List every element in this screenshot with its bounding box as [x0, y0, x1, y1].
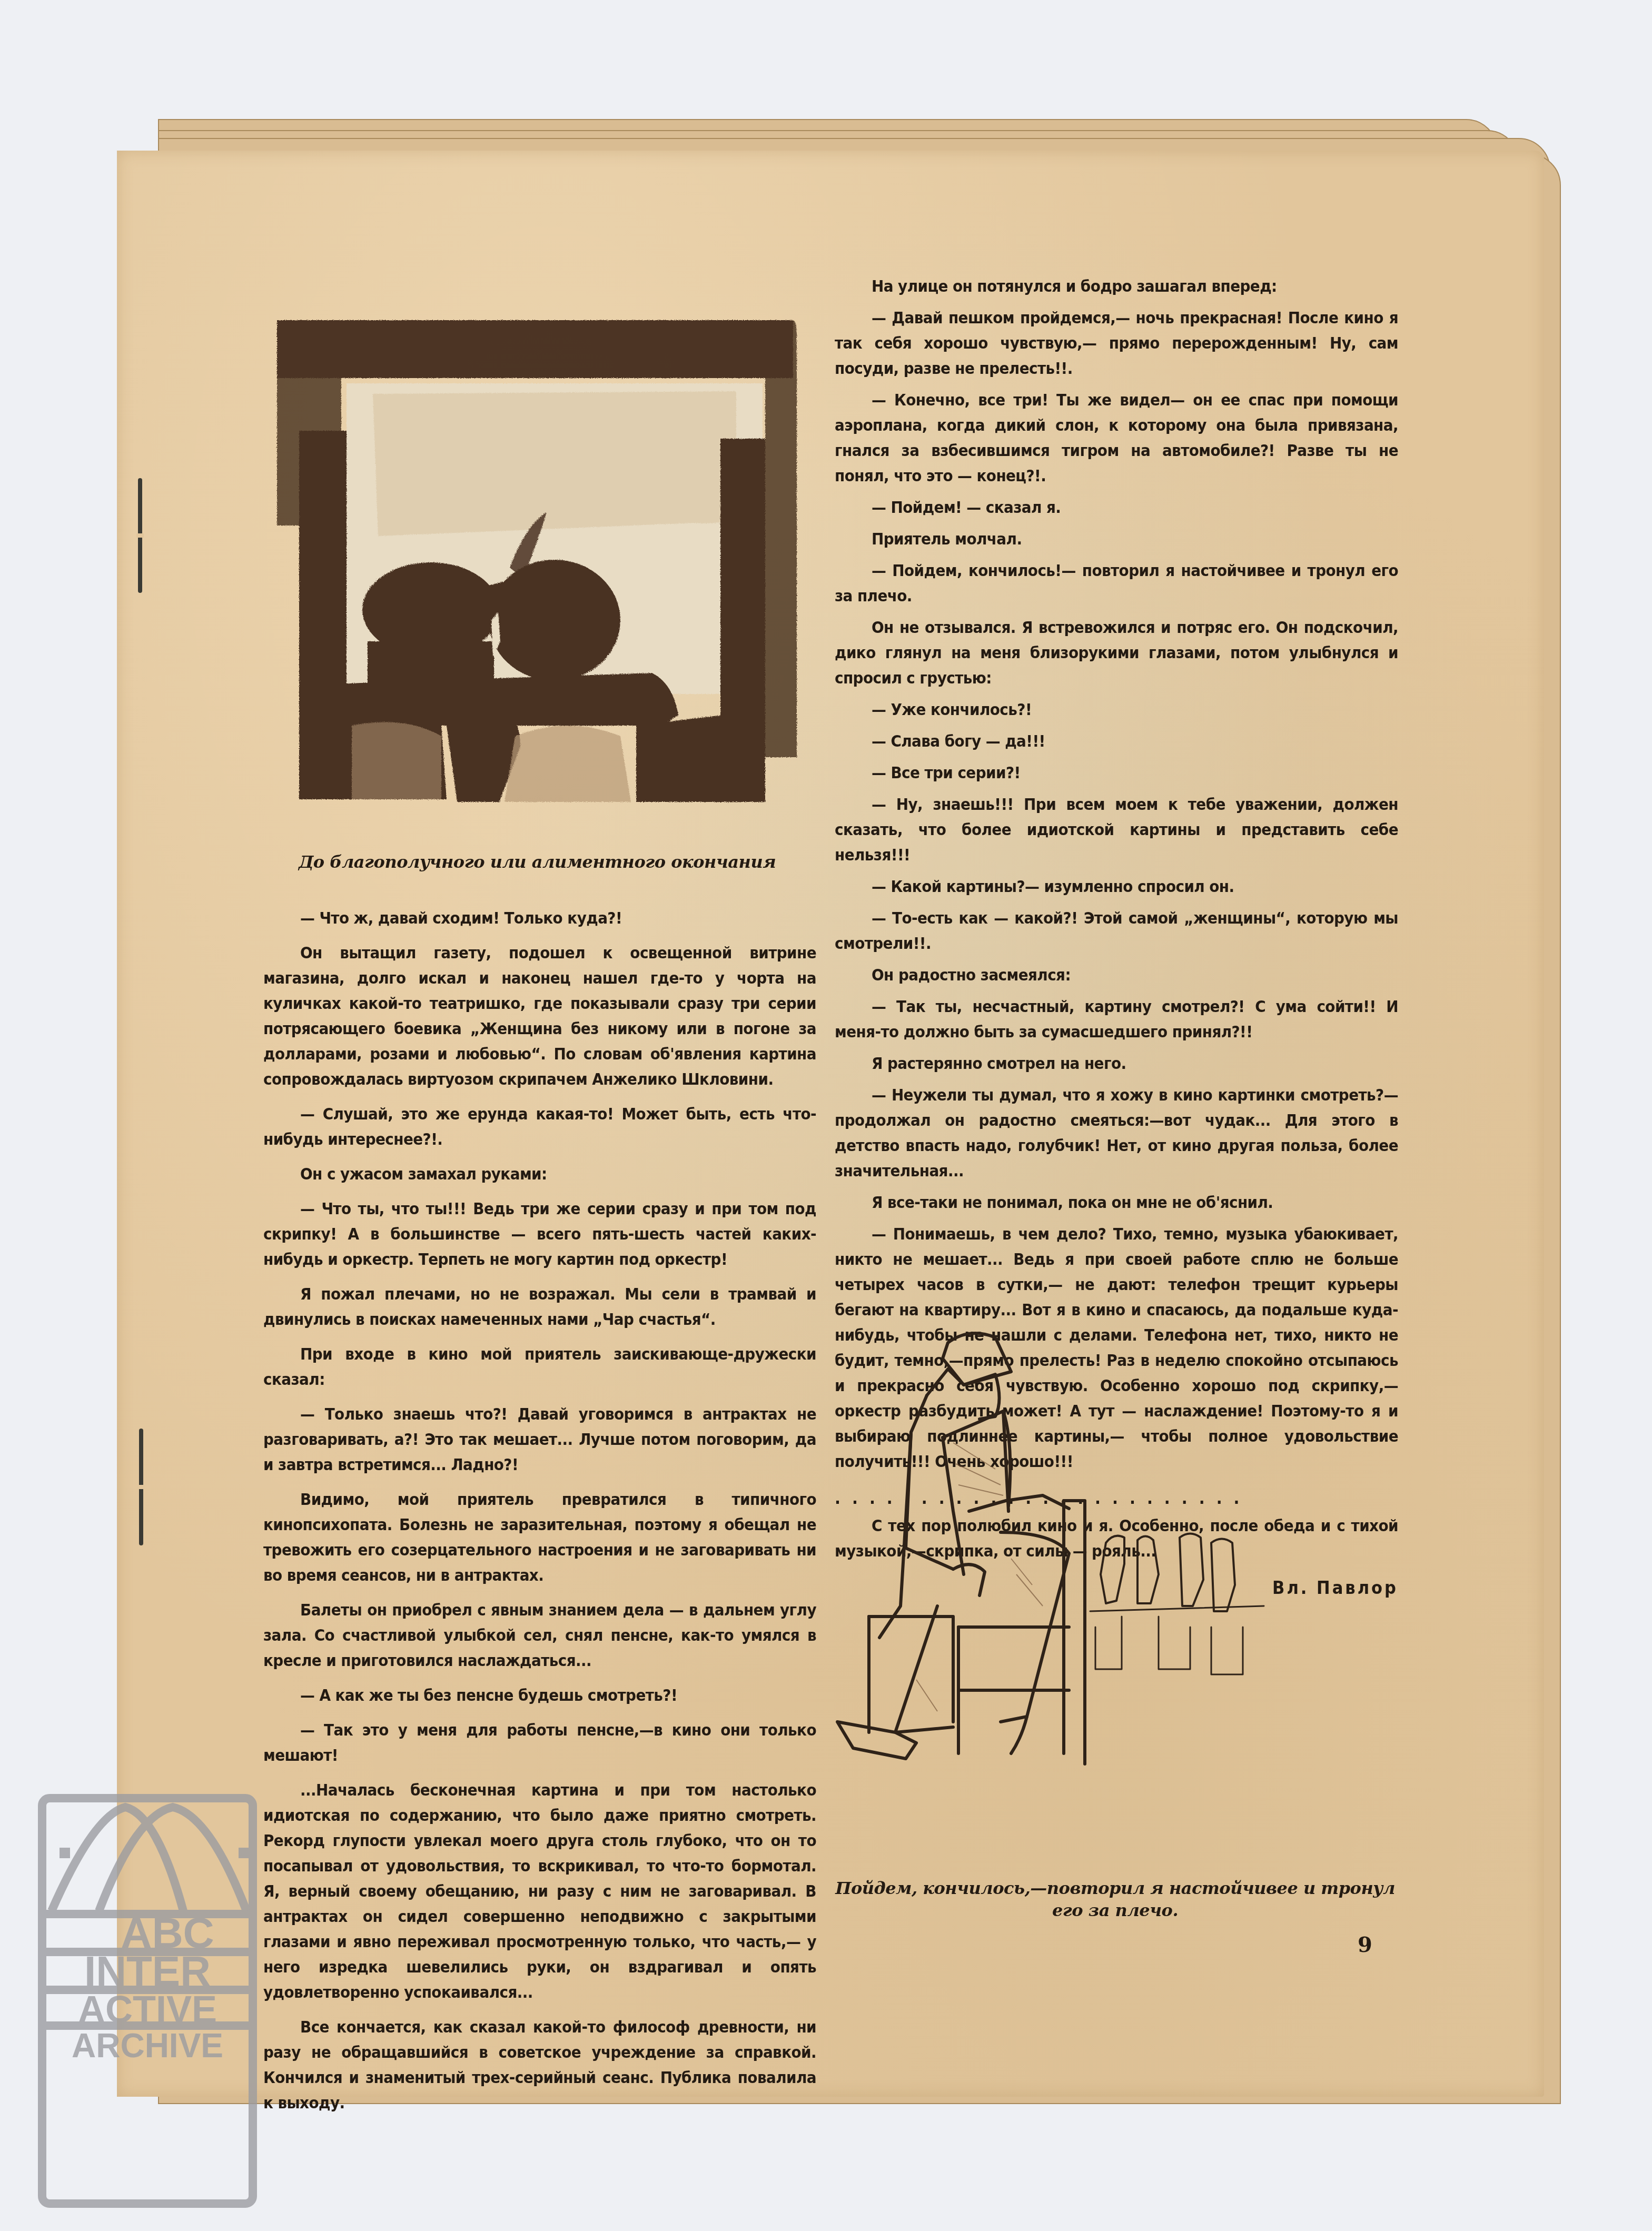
silhouette-couple-icon — [273, 304, 799, 805]
paragraph: — Так ты, несчастный, картину смотрел?! … — [835, 994, 1398, 1045]
paragraph: Все кончается, как сказал какой-то филос… — [263, 2015, 816, 2116]
paragraph: — Уже кончилось?! — [835, 697, 1398, 722]
page-number: 9 — [1358, 1932, 1372, 1957]
paragraph: — Ну, знаешь!!! При всем моем к тебе ува… — [835, 792, 1398, 868]
paragraph: Приятель молчал. — [835, 527, 1398, 552]
paragraph: Видимо, мой приятель превратился в типич… — [263, 1487, 816, 1588]
svg-text:INTER: INTER — [84, 1948, 211, 1995]
paragraph: Я пожал плечами, но не возражал. Мы сели… — [263, 1282, 816, 1332]
illustration-caption: До благополучного или алиментного оконча… — [274, 852, 800, 872]
paragraph: Он радостно засмеялся: — [835, 963, 1398, 988]
illustration-cinema-couple — [273, 304, 799, 805]
paragraph: — Пойдем, кончилось!— повторил я настойч… — [835, 558, 1398, 609]
abc-archive-logo-icon: ABC INTER ACTIVE ARCHIVE — [36, 1794, 257, 2210]
article-left-column: — Что ж, давай сходим! Только куда?! Он … — [263, 906, 816, 2125]
paragraph: На улице он потянулся и бодро зашагал вп… — [835, 274, 1398, 299]
paragraph: — Слава богу — да!!! — [835, 729, 1398, 754]
paragraph: — Конечно, все три! Ты же видел— он ее с… — [835, 388, 1398, 489]
paragraph: — Так это у меня для работы пенсне,—в ки… — [263, 1718, 816, 1768]
paragraph: — Что ты, что ты!!! Ведь три же серии ср… — [263, 1196, 816, 1272]
paragraph: Он вытащил газету, подошел к освещенной … — [263, 940, 816, 1092]
paragraph: — А как же ты без пенсне будешь смотреть… — [263, 1683, 816, 1708]
paragraph: — Что ж, давай сходим! Только куда?! — [263, 906, 816, 931]
illustration-seated-man — [822, 1311, 1348, 1811]
paragraph: — То-есть как — какой?! Этой самой „женщ… — [835, 906, 1398, 956]
paragraph: — Слушай, это же ерунда какая-то! Может … — [263, 1102, 816, 1152]
paragraph: — Все три серии?! — [835, 760, 1398, 786]
paragraph: — Неужели ты думал, что я хожу в кино ка… — [835, 1083, 1398, 1184]
staple-icon — [138, 478, 142, 593]
paragraph: Я растерянно смотрел на него. — [835, 1051, 1398, 1076]
paragraph: При входе в кино мой приятель заискивающ… — [263, 1342, 816, 1392]
svg-text:ARCHIVE: ARCHIVE — [72, 2027, 223, 2065]
paragraph: Балеты он приобрел с явным знанием дела … — [263, 1598, 816, 1673]
staple-icon — [139, 1429, 143, 1545]
paragraph: ...Началась бесконечная картина и при то… — [263, 1778, 816, 2005]
paragraph: — Пойдем! — сказал я. — [835, 495, 1398, 520]
paragraph: Он с ужасом замахал руками: — [263, 1162, 816, 1187]
archive-watermark-logo: ABC INTER ACTIVE ARCHIVE — [36, 1794, 257, 2210]
paragraph: Я все-таки не понимал, пока он мне не об… — [835, 1190, 1398, 1215]
paragraph: Он не отзывался. Я встревожился и потряс… — [835, 615, 1398, 691]
paragraph: — Давай пешком пройдемся,— ночь прекрасн… — [835, 305, 1398, 381]
svg-text:ACTIVE: ACTIVE — [78, 1989, 217, 2031]
seated-man-sketch-icon — [822, 1311, 1348, 1811]
illustration-caption: Пойдем, кончилось,—повторил я настойчиве… — [819, 1877, 1411, 1921]
paragraph: — Какой картины?— изумленно спросил он. — [835, 874, 1398, 899]
paragraph: — Только знаешь что?! Давай уговоримся в… — [263, 1402, 816, 1478]
